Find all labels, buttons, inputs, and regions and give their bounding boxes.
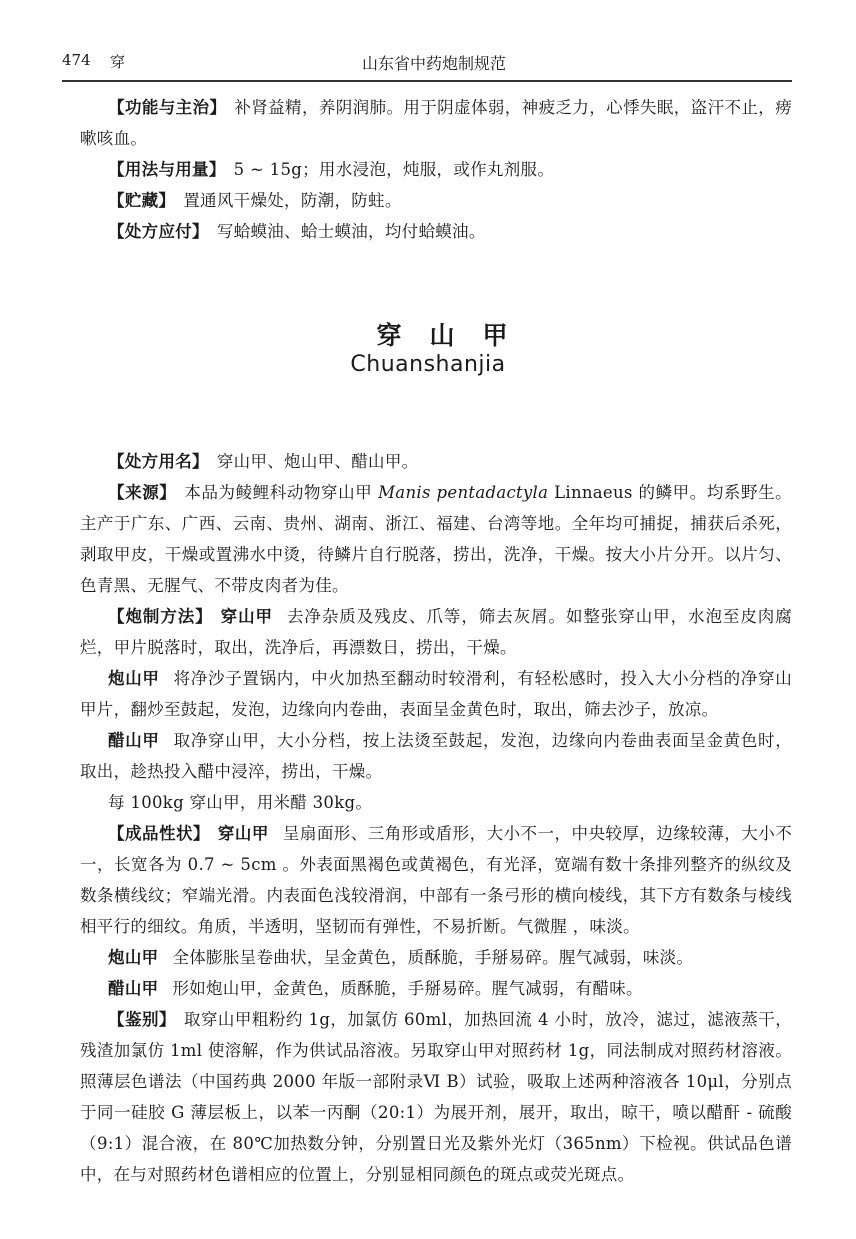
properties-item-text: 全体膨胀呈卷曲状，呈金黄色，质酥脆，手掰易碎。腥气减弱，味淡。 — [172, 948, 693, 967]
prescription-paragraph: 【处方应付】写蛤蟆油、蛤士蟆油，均付蛤蟆油。 — [80, 216, 792, 247]
source-label: 【来源】 — [108, 483, 176, 502]
entry-title-pinyin: Chuanshanjia — [0, 352, 856, 377]
processing-paragraph-3: 醋山甲取净穿山甲，大小分档，按上法烫至鼓起，发泡，边缘向内卷曲表面呈金黄色时，取… — [80, 725, 792, 787]
properties-label: 【成品性状】 — [108, 824, 210, 843]
page-number: 474 — [62, 51, 91, 69]
usage-paragraph: 【用法与用量】5 ~ 15g；用水浸泡，炖服，或作丸剂服。 — [80, 154, 792, 185]
source-text-before: 本品为鲮鲤科动物穿山甲 — [184, 483, 372, 502]
header-rule — [62, 80, 792, 82]
book-title: 山东省中药炮制规范 — [362, 51, 506, 74]
function-label: 【功能与主治】 — [108, 98, 226, 117]
section-char: 穿 — [110, 51, 125, 72]
latin-name: Manis pentadactyla — [378, 483, 548, 502]
entry-title-chinese: 穿山甲 — [0, 316, 856, 352]
identification-text: 取穿山甲粗粉约 1g，加氯仿 60ml，加热回流 4 小时，放冷，滤过，滤液蒸干… — [80, 1010, 792, 1184]
identification-label: 【鉴别】 — [108, 1010, 176, 1029]
source-paragraph: 【来源】本品为鲮鲤科动物穿山甲 Manis pentadactyla Linna… — [80, 477, 792, 601]
properties-paragraph-1: 【成品性状】穿山甲呈扇面形、三角形或盾形，大小不一，中央较厚，边缘较薄，大小不一… — [80, 818, 792, 942]
processing-item-name: 穿山甲 — [221, 607, 273, 626]
processing-item-name: 炮山甲 — [108, 669, 160, 688]
properties-item-name: 炮山甲 — [108, 948, 158, 967]
properties-paragraph-2: 炮山甲全体膨胀呈卷曲状，呈金黄色，质酥脆，手掰易碎。腥气减弱，味淡。 — [80, 942, 792, 973]
entry-body: 【处方用名】穿山甲、炮山甲、醋山甲。 【来源】本品为鲮鲤科动物穿山甲 Manis… — [80, 446, 792, 1190]
processing-item-text: 取净穿山甲，大小分档，按上法烫至鼓起，发泡，边缘向内卷曲表面呈金黄色时，取出，趁… — [80, 731, 792, 781]
processing-note: 每 100kg 穿山甲，用米醋 30kg。 — [80, 787, 792, 818]
properties-item-name: 醋山甲 — [108, 979, 158, 998]
names-text: 穿山甲、炮山甲、醋山甲。 — [217, 452, 419, 471]
previous-entry-tail: 【功能与主治】补肾益精，养阴润肺。用于阴虚体弱，神疲乏力，心悸失眠，盗汗不止，痨… — [80, 92, 792, 247]
storage-label: 【贮藏】 — [108, 191, 175, 210]
usage-text: 5 ~ 15g；用水浸泡，炖服，或作丸剂服。 — [234, 160, 554, 179]
page-header: 474 穿 山东省中药炮制规范 — [62, 48, 790, 78]
processing-item-name: 醋山甲 — [108, 731, 160, 750]
usage-label: 【用法与用量】 — [108, 160, 226, 179]
properties-item-text: 形如炮山甲，金黄色，质酥脆，手掰易碎。腥气减弱，有醋味。 — [172, 979, 642, 998]
storage-text: 置通风干燥处，防潮，防蛀。 — [183, 191, 401, 210]
prescription-text: 写蛤蟆油、蛤士蟆油，均付蛤蟆油。 — [217, 222, 486, 241]
storage-paragraph: 【贮藏】置通风干燥处，防潮，防蛀。 — [80, 185, 792, 216]
identification-paragraph: 【鉴别】取穿山甲粗粉约 1g，加氯仿 60ml，加热回流 4 小时，放冷，滤过，… — [80, 1004, 792, 1190]
function-paragraph: 【功能与主治】补肾益精，养阴润肺。用于阴虚体弱，神疲乏力，心悸失眠，盗汗不止，痨… — [80, 92, 792, 154]
processing-paragraph-1: 【炮制方法】穿山甲去净杂质及残皮、爪等，筛去灰屑。如整张穿山甲，水泡至皮肉腐烂，… — [80, 601, 792, 663]
properties-paragraph-3: 醋山甲形如炮山甲，金黄色，质酥脆，手掰易碎。腥气减弱，有醋味。 — [80, 973, 792, 1004]
processing-item-text: 将净沙子置锅内，中火加热至翻动时较滑利，有轻松感时，投入大小分档的净穿山甲片，翻… — [80, 669, 792, 719]
processing-paragraph-2: 炮山甲将净沙子置锅内，中火加热至翻动时较滑利，有轻松感时，投入大小分档的净穿山甲… — [80, 663, 792, 725]
properties-item-name: 穿山甲 — [218, 824, 269, 843]
names-label: 【处方用名】 — [108, 452, 209, 471]
prescription-label: 【处方应付】 — [108, 222, 209, 241]
names-paragraph: 【处方用名】穿山甲、炮山甲、醋山甲。 — [80, 446, 792, 477]
processing-label: 【炮制方法】 — [108, 607, 213, 626]
